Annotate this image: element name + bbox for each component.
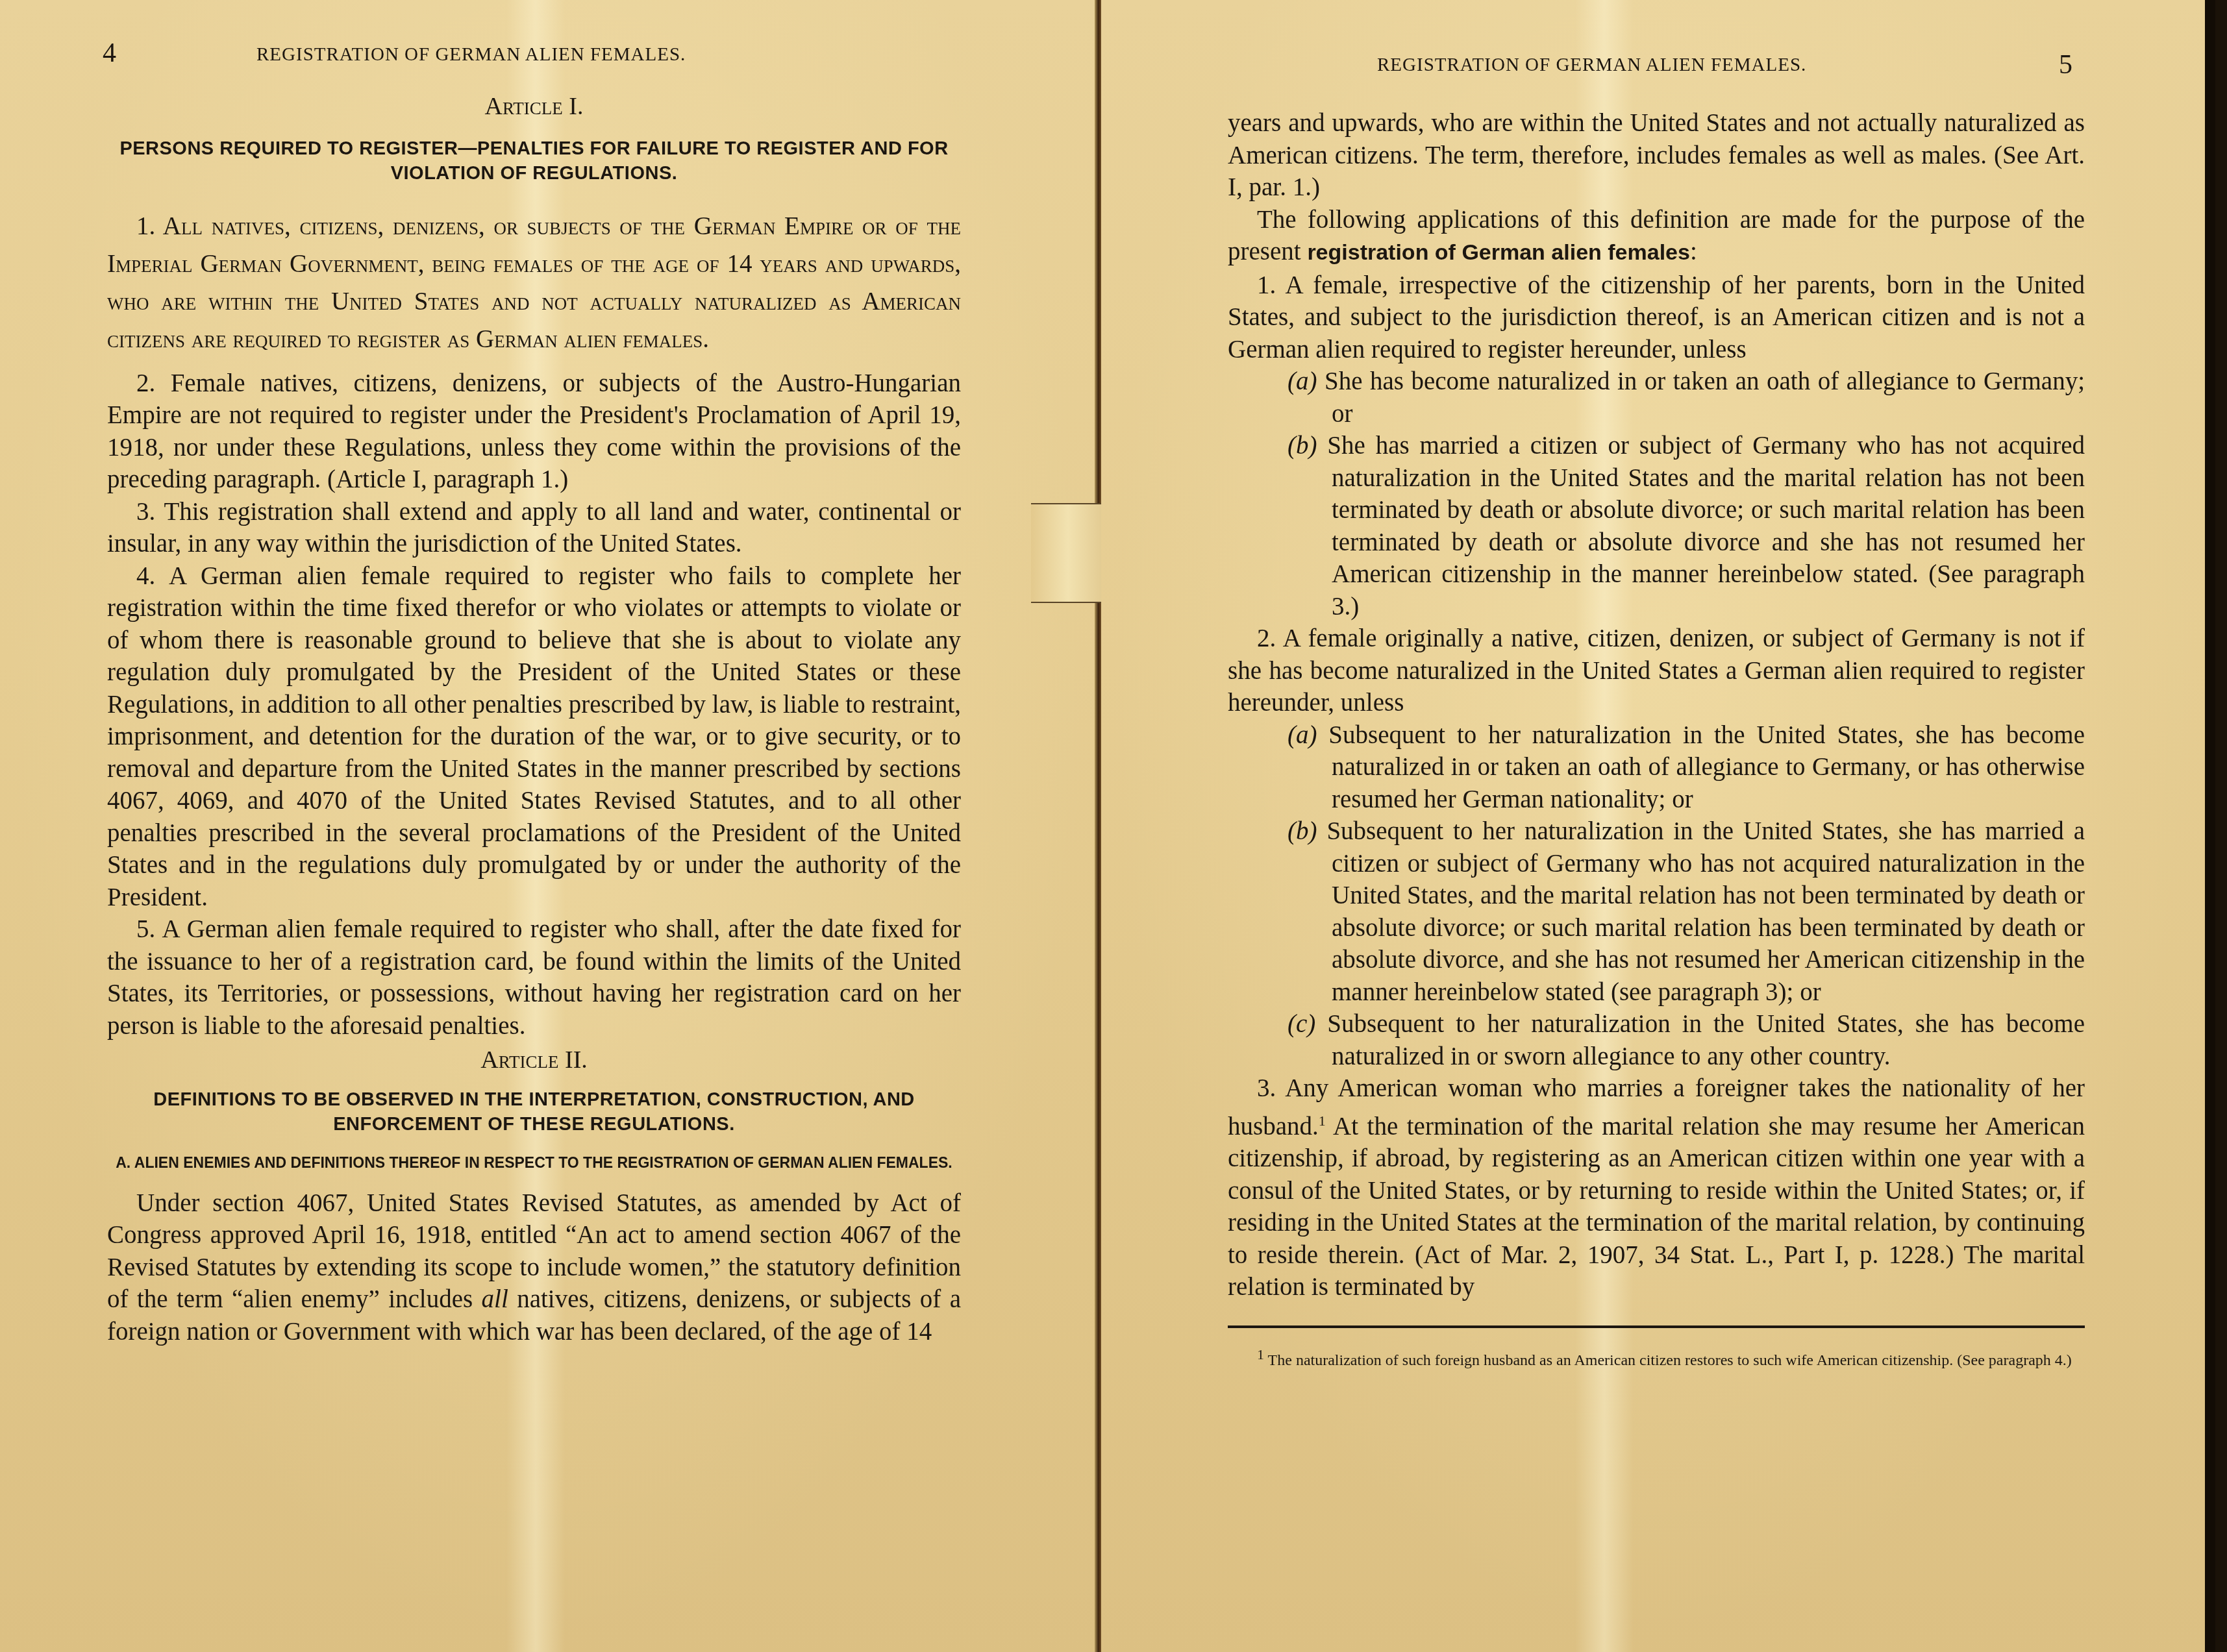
bold-term: registration of German alien females	[1307, 240, 1690, 265]
paragraph: 3. This registration shall extend and ap…	[107, 496, 961, 560]
paragraph: 3. Any American woman who marries a fore…	[1228, 1072, 2085, 1303]
paragraph: 1. All natives, citizens, denizens, or s…	[107, 208, 961, 358]
paragraph: 2. Female natives, citizens, denizens, o…	[107, 367, 961, 496]
list-item: (c) Subsequent to her naturalization in …	[1228, 1008, 2085, 1072]
left-page: 4 Registration of German Alien Females. …	[0, 0, 1097, 1652]
right-page-body: years and upwards, who are within the Un…	[1228, 107, 2085, 1372]
article-title: Article II.	[107, 1044, 961, 1077]
list-item: (a) Subsequent to her naturalization in …	[1228, 719, 2085, 816]
emphasis: all	[482, 1285, 508, 1313]
footnote: 1 The naturalization of such foreign hus…	[1228, 1344, 2085, 1372]
left-page-body: Article I. Persons required to register—…	[107, 91, 961, 1348]
article-heading: Persons required to register—Penalties f…	[107, 136, 961, 186]
paragraph: 2. A female originally a native, citizen…	[1228, 623, 2085, 719]
paragraph: The following applications of this defin…	[1228, 204, 2085, 269]
article-heading: Definitions to be observed in the interp…	[107, 1087, 961, 1137]
list-item: (a) She has become naturalized in or tak…	[1228, 365, 2085, 430]
section-subheading: A. Alien enemies and definitions thereof…	[107, 1153, 961, 1172]
footnote-rule	[1228, 1325, 2085, 1328]
list-item: (b) She has married a citizen or subject…	[1228, 430, 2085, 623]
list-item: (b) Subsequent to her naturalization in …	[1228, 815, 2085, 1008]
paragraph: 4. A German alien female required to reg…	[107, 560, 961, 914]
running-head: Registration of German Alien Females.	[1377, 55, 1806, 76]
paragraph: 5. A German alien female required to reg…	[107, 913, 961, 1042]
footnote-marker: 1	[1319, 1113, 1326, 1129]
right-page: Registration of German Alien Females. 5 …	[1101, 0, 2215, 1652]
paragraph: 1. A female, irrespective of the citizen…	[1228, 269, 2085, 366]
document-spread: 4 Registration of German Alien Females. …	[0, 0, 2227, 1652]
paragraph: years and upwards, who are within the Un…	[1228, 107, 2085, 204]
page-number: 4	[103, 38, 116, 69]
page-number: 5	[2059, 49, 2072, 80]
paragraph: Under section 4067, United States Revise…	[107, 1187, 961, 1348]
running-head: Registration of German Alien Females.	[256, 44, 686, 66]
article-title: Article I.	[107, 91, 961, 123]
